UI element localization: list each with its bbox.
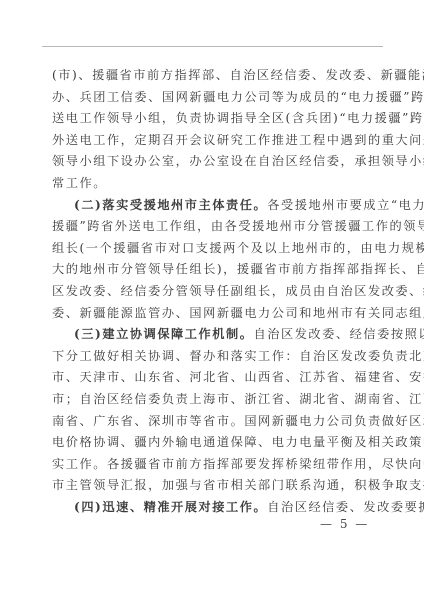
header-rule	[42, 46, 383, 47]
section-4-text: 自治区经信委、发改委要抓紧	[267, 500, 424, 514]
paragraph-line: 电价格协调、疆内外输电通道保障、电力电量平衡及相关政策的落	[52, 432, 372, 454]
paragraph-line: 市、天津市、山东省、河北省、山西省、江苏省、福建省、安徽省等省	[52, 367, 372, 389]
paragraph-line: 南省、广东省、深圳市等省市。国网新疆电力公司负责做好区域输	[52, 411, 372, 433]
paragraph-line: (市)、援疆省市前方指挥部、自治区经信委、发改委、新疆能源监管	[52, 65, 372, 87]
section-4-first-line: (四)迅速、精准开展对接工作。自治区经信委、发改委要抓紧	[52, 497, 372, 519]
paragraph-line: 援疆”跨省外送电工作组，由各受援地州市分管援疆工作的领导任	[52, 216, 372, 238]
paragraph-line: 送电工作领导小组，负责协调指导全区(含兵团)“电力援疆”跨省	[52, 108, 372, 130]
paragraph-line: 办、兵团工信委、国网新疆电力公司等为成员的“电力援疆”跨省外	[52, 87, 372, 109]
paragraph-line: 下分工做好相关协调、督办和落实工作：自治区发改委负责北京	[52, 346, 372, 368]
section-2-first-line: (二)落实受援地州市主体责任。各受援地州市要成立“电力	[52, 195, 372, 217]
section-3-heading: (三)建立协调保障工作机制。	[74, 327, 253, 341]
section-3-text: 自治区发改委、经信委按照以	[253, 327, 424, 341]
paragraph-line: 外送电工作，定期召开会议研究工作推进工程中遇到的重大问题。	[52, 130, 372, 152]
paragraph-line: 组长(一个援疆省市对口支援两个及以上地州市的，由电力规模较	[52, 238, 372, 260]
section-2-heading: (二)落实受援地州市主体责任。	[74, 198, 267, 212]
paragraph-line: 委、新疆能源监管办、国网新疆电力公司和地州市有关同志组成。	[52, 303, 372, 325]
paragraph-line: 大的地州市分管领导任组长)，援疆省市前方指挥部指挥长、自治	[52, 259, 372, 281]
paragraph-line: 市主管领导汇报，加强与省市相关部门联系沟通，积极争取支持。	[52, 475, 372, 497]
paragraph-line: 区发改委、经信委分管领导任副组长，成员由自治区发改委、经信	[52, 281, 372, 303]
section-2-text: 各受援地州市要成立“电力	[267, 198, 424, 212]
paragraph-line: 市；自治区经信委负责上海市、浙江省、湖北省、湖南省、江西省、河	[52, 389, 372, 411]
paragraph-line: 实工作。各援疆省市前方指挥部要发挥桥梁纽带作用，尽快向省	[52, 454, 372, 476]
paragraph-line: 领导小组下设办公室，办公室设在自治区经信委，承担领导小组日	[52, 151, 372, 173]
document-body: (市)、援疆省市前方指挥部、自治区经信委、发改委、新疆能源监管 办、兵团工信委、…	[52, 65, 372, 518]
page-number: — 5 —	[320, 517, 369, 531]
section-4-heading: (四)迅速、精准开展对接工作。	[74, 500, 267, 514]
section-3-first-line: (三)建立协调保障工作机制。自治区发改委、经信委按照以	[52, 324, 372, 346]
paragraph-line: 常工作。	[52, 173, 372, 195]
